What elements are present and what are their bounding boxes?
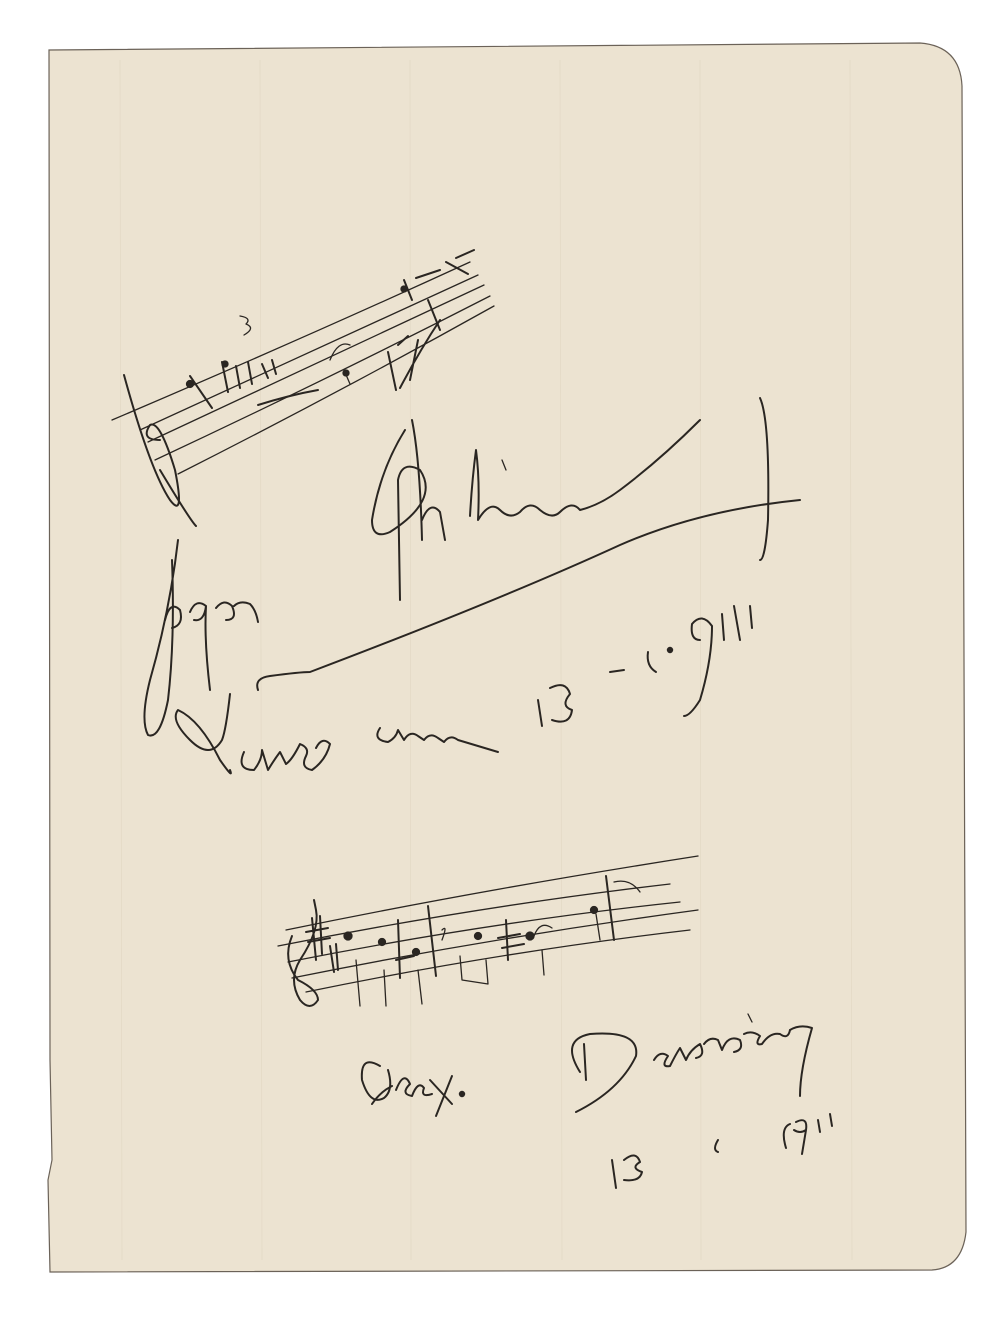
page-drawing bbox=[0, 0, 1000, 1342]
paper-sheet bbox=[48, 43, 966, 1272]
album-page: Jacques Thibaud Lausanne 13-1-1911 Alex.… bbox=[0, 0, 1000, 1342]
